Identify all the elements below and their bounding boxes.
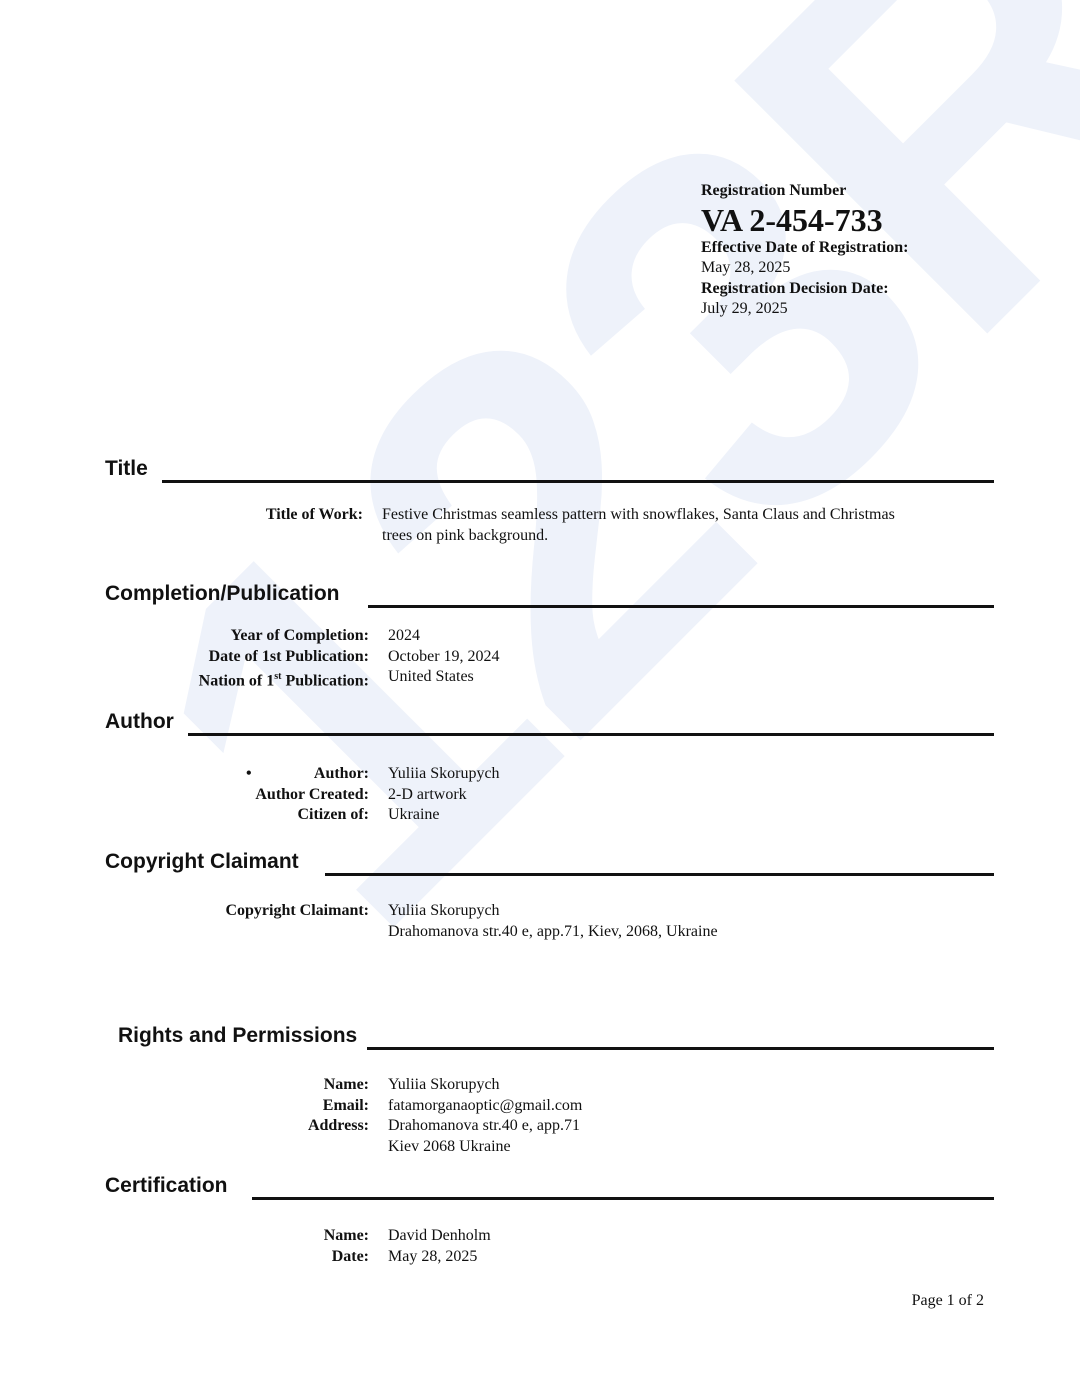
section-rule <box>325 873 994 876</box>
field-label: Name: <box>106 1075 388 1096</box>
effective-date: May 28, 2025 <box>701 258 908 279</box>
field-author-created: Author Created: 2-D artwork <box>106 785 500 806</box>
field-date-of-publication: Date of 1st Publication: October 19, 202… <box>106 647 500 668</box>
decision-date: July 29, 2025 <box>701 299 908 320</box>
label-suffix: Publication: <box>281 672 369 689</box>
field-value: Yuliia Skorupych <box>388 764 500 785</box>
field-title-of-work: Title of Work: Festive Christmas seamles… <box>100 505 980 546</box>
field-label: Nation of 1st Publication: <box>106 667 388 692</box>
field-value: October 19, 2024 <box>388 647 500 668</box>
section-rule <box>367 1047 994 1050</box>
bullet-icon: • <box>246 764 252 785</box>
field-citizen-of: Citizen of: Ukraine <box>106 805 500 826</box>
certification-fields: Name: David Denholm Date: May 28, 2025 <box>106 1226 491 1267</box>
field-label: Email: <box>106 1096 388 1117</box>
field-cert-date: Date: May 28, 2025 <box>106 1247 491 1268</box>
section-rights: Rights and Permissions <box>118 1024 994 1048</box>
claimant-fields: Copyright Claimant: Yuliia Skorupych Dra… <box>106 901 718 942</box>
page-number: Page 1 of 2 <box>912 1292 984 1310</box>
completion-fields: Year of Completion: 2024 Date of 1st Pub… <box>106 626 500 692</box>
field-value: 2024 <box>388 626 420 647</box>
field-rights-address: Address: Drahomanova str.40 e, app.71 Ki… <box>106 1116 582 1157</box>
section-completion: Completion/Publication <box>105 582 994 606</box>
field-rights-name: Name: Yuliia Skorupych <box>106 1075 582 1096</box>
field-label: Name: <box>106 1226 388 1247</box>
field-label: Year of Completion: <box>106 626 388 647</box>
section-heading: Completion/Publication <box>105 582 368 606</box>
field-value: David Denholm <box>388 1226 491 1247</box>
field-copyright-claimant: Copyright Claimant: Yuliia Skorupych Dra… <box>106 901 718 942</box>
field-value: Ukraine <box>388 805 440 826</box>
author-fields: • Author: Yuliia Skorupych Author Create… <box>106 764 500 826</box>
field-value: United States <box>388 667 474 692</box>
field-value: fatamorganaoptic@gmail.com <box>388 1096 582 1117</box>
title-fields: Title of Work: Festive Christmas seamles… <box>100 505 980 546</box>
field-value: Drahomanova str.40 e, app.71 Kiev 2068 U… <box>388 1116 580 1157</box>
label-prefix: Nation of 1 <box>199 672 275 689</box>
section-heading: Certification <box>105 1174 252 1198</box>
section-heading: Copyright Claimant <box>105 850 325 874</box>
field-value: Festive Christmas seamless pattern with … <box>382 505 895 546</box>
section-heading: Rights and Permissions <box>118 1024 367 1048</box>
section-author: Author <box>105 710 994 734</box>
field-label: Citizen of: <box>106 805 388 826</box>
field-label: Title of Work: <box>100 505 382 546</box>
registration-number: VA 2-454-733 <box>701 202 908 238</box>
section-rule <box>188 733 994 736</box>
field-label: Date: <box>106 1247 388 1268</box>
field-label: Address: <box>106 1116 388 1157</box>
document-page: Registration Number VA 2-454-733 Effecti… <box>0 0 1080 1397</box>
section-rule <box>162 480 994 483</box>
field-value: 2-D artwork <box>388 785 467 806</box>
field-value: Yuliia Skorupych Drahomanova str.40 e, a… <box>388 901 718 942</box>
effective-date-label: Effective Date of Registration: <box>701 238 908 259</box>
field-cert-name: Name: David Denholm <box>106 1226 491 1247</box>
section-heading: Title <box>105 457 162 481</box>
field-value: Yuliia Skorupych <box>388 1075 500 1096</box>
section-certification: Certification <box>105 1174 994 1198</box>
section-heading: Author <box>105 710 188 734</box>
field-label: Copyright Claimant: <box>106 901 388 942</box>
field-label: Author Created: <box>106 785 388 806</box>
field-label: Date of 1st Publication: <box>106 647 388 668</box>
field-nation-of-publication: Nation of 1st Publication: United States <box>106 667 500 692</box>
section-rule <box>368 605 995 608</box>
section-title: Title <box>105 457 994 481</box>
registration-number-label: Registration Number <box>701 181 908 202</box>
field-rights-email: Email: fatamorganaoptic@gmail.com <box>106 1096 582 1117</box>
section-claimant: Copyright Claimant <box>105 850 994 874</box>
field-author: • Author: Yuliia Skorupych <box>106 764 500 785</box>
field-value: May 28, 2025 <box>388 1247 477 1268</box>
section-rule <box>252 1197 994 1200</box>
registration-block: Registration Number VA 2-454-733 Effecti… <box>701 181 908 320</box>
field-year-of-completion: Year of Completion: 2024 <box>106 626 500 647</box>
decision-date-label: Registration Decision Date: <box>701 279 908 300</box>
rights-fields: Name: Yuliia Skorupych Email: fatamorgan… <box>106 1075 582 1157</box>
